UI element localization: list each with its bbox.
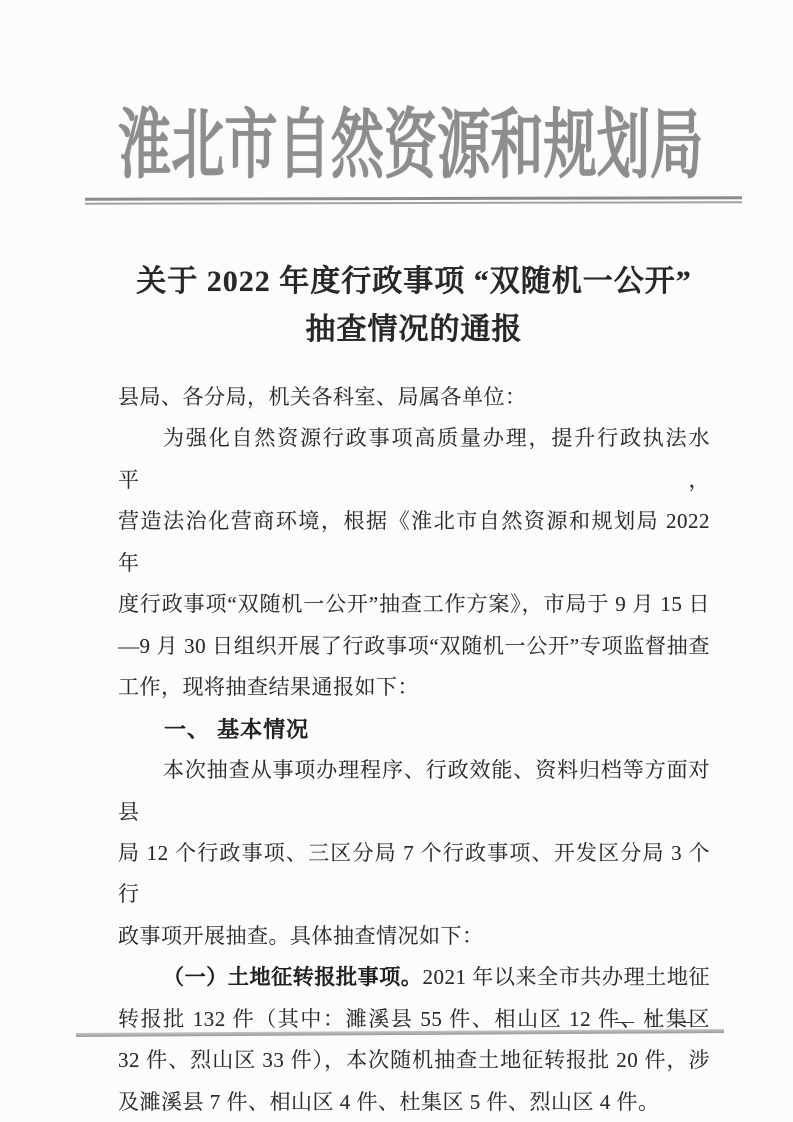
item-1-bold-lead: （一）土地征转报批事项。	[163, 965, 422, 989]
paragraph-2-line: 政事项开展抽查。具体抽查情况如下：	[118, 916, 710, 957]
paragraph-1-line: 营造法治化营商环境，根据《淮北市自然资源和规划局 2022 年	[118, 501, 710, 584]
paragraph-2-line: 本次抽查从事项办理程序、行政效能、资料归档等方面对县	[118, 750, 710, 833]
letterhead-double-rule	[85, 196, 742, 204]
paragraph-1-line: 为强化自然资源行政事项高质量办理，提升行政执法水平，	[118, 418, 710, 501]
document-title-line-1: 关于 2022 年度行政事项 “双随机一公开”	[118, 258, 710, 306]
document-title: 关于 2022 年度行政事项 “双随机一公开” 抽查情况的通报	[118, 258, 710, 354]
paragraph-1-line: 度行政事项“双随机一公开”抽查工作方案》，市局于 9 月 15 日	[118, 584, 710, 625]
item-1-line: 32 件、烈山区 33 件），本次随机抽查土地征转报批 20 件，涉	[118, 1040, 710, 1081]
paragraph-1-line: 工作，现将抽查结果通报如下：	[118, 667, 710, 708]
document-page: 淮北市自然资源和规划局 关于 2022 年度行政事项 “双随机一公开” 抽查情况…	[0, 0, 793, 1122]
paragraph-1-line: —9 月 30 日组织开展了行政事项“双随机一公开”专项监督抽查	[118, 626, 710, 667]
letterhead-agency-name: 淮北市自然资源和规划局	[118, 108, 703, 184]
paragraph-2-line: 局 12 个行政事项、三区分局 7 个行政事项、开发区分局 3 个行	[118, 833, 710, 916]
item-1-line: 及濉溪县 7 件、相山区 4 件、杜集区 5 件、烈山区 4 件。	[118, 1082, 710, 1122]
section-heading-basic-situation: 一、 基本情况	[118, 709, 710, 750]
page-number: — 1 —	[615, 1011, 697, 1033]
document-title-line-2: 抽查情况的通报	[118, 306, 710, 354]
item-1-first-line: （一）土地征转报批事项。2021 年以来全市共办理土地征	[118, 957, 710, 998]
item-1-lead-rest: 2021 年以来全市共办理土地征	[422, 965, 710, 989]
salutation-line: 县局、各分局，机关各科室、局属各单位：	[118, 377, 710, 418]
